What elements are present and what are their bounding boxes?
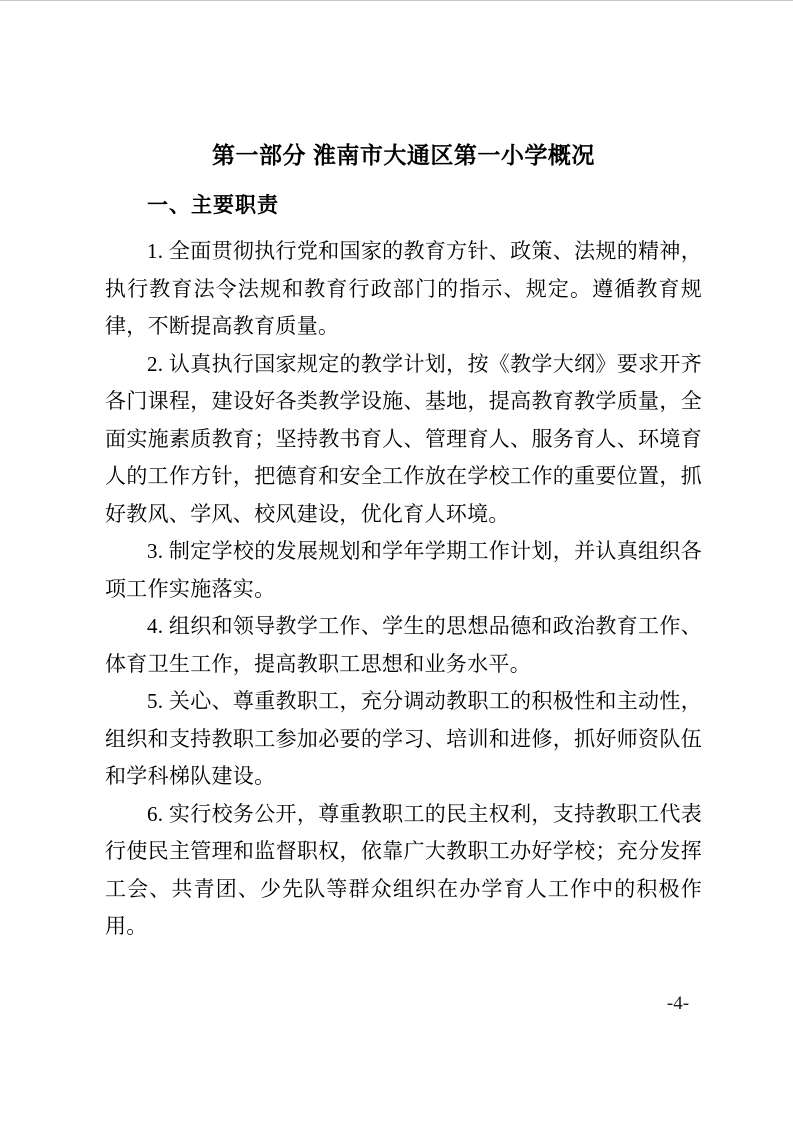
document-page: 第一部分 淮南市大通区第一小学概况 一、主要职责 1. 全面贯彻执行党和国家的教… [0,0,793,1122]
paragraph-6: 6. 实行校务公开，尊重教职工的民主权利，支持教职工代表行使民主管理和监督职权，… [105,796,702,946]
document-title: 第一部分 淮南市大通区第一小学概况 [105,141,702,169]
paragraph-4: 4. 组织和领导教学工作、学生的思想品德和政治教育工作、体育卫生工作，提高教职工… [105,608,702,683]
body-text: 1. 全面贯彻执行党和国家的教育方针、政策、法规的精神，执行教育法令法规和教育行… [105,233,702,946]
paragraph-3: 3. 制定学校的发展规划和学年学期工作计划，并认真组织各项工作实施落实。 [105,533,702,608]
page-content: 第一部分 淮南市大通区第一小学概况 一、主要职责 1. 全面贯彻执行党和国家的教… [105,141,702,946]
page-number: -4- [640,993,716,1015]
section-heading: 一、主要职责 [105,193,702,219]
paragraph-1: 1. 全面贯彻执行党和国家的教育方针、政策、法规的精神，执行教育法令法规和教育行… [105,233,702,346]
paragraph-5: 5. 关心、尊重教职工，充分调动教职工的积极性和主动性，组织和支持教职工参加必要… [105,683,702,796]
paragraph-2: 2. 认真执行国家规定的教学计划，按《教学大纲》要求开齐各门课程，建设好各类教学… [105,346,702,534]
